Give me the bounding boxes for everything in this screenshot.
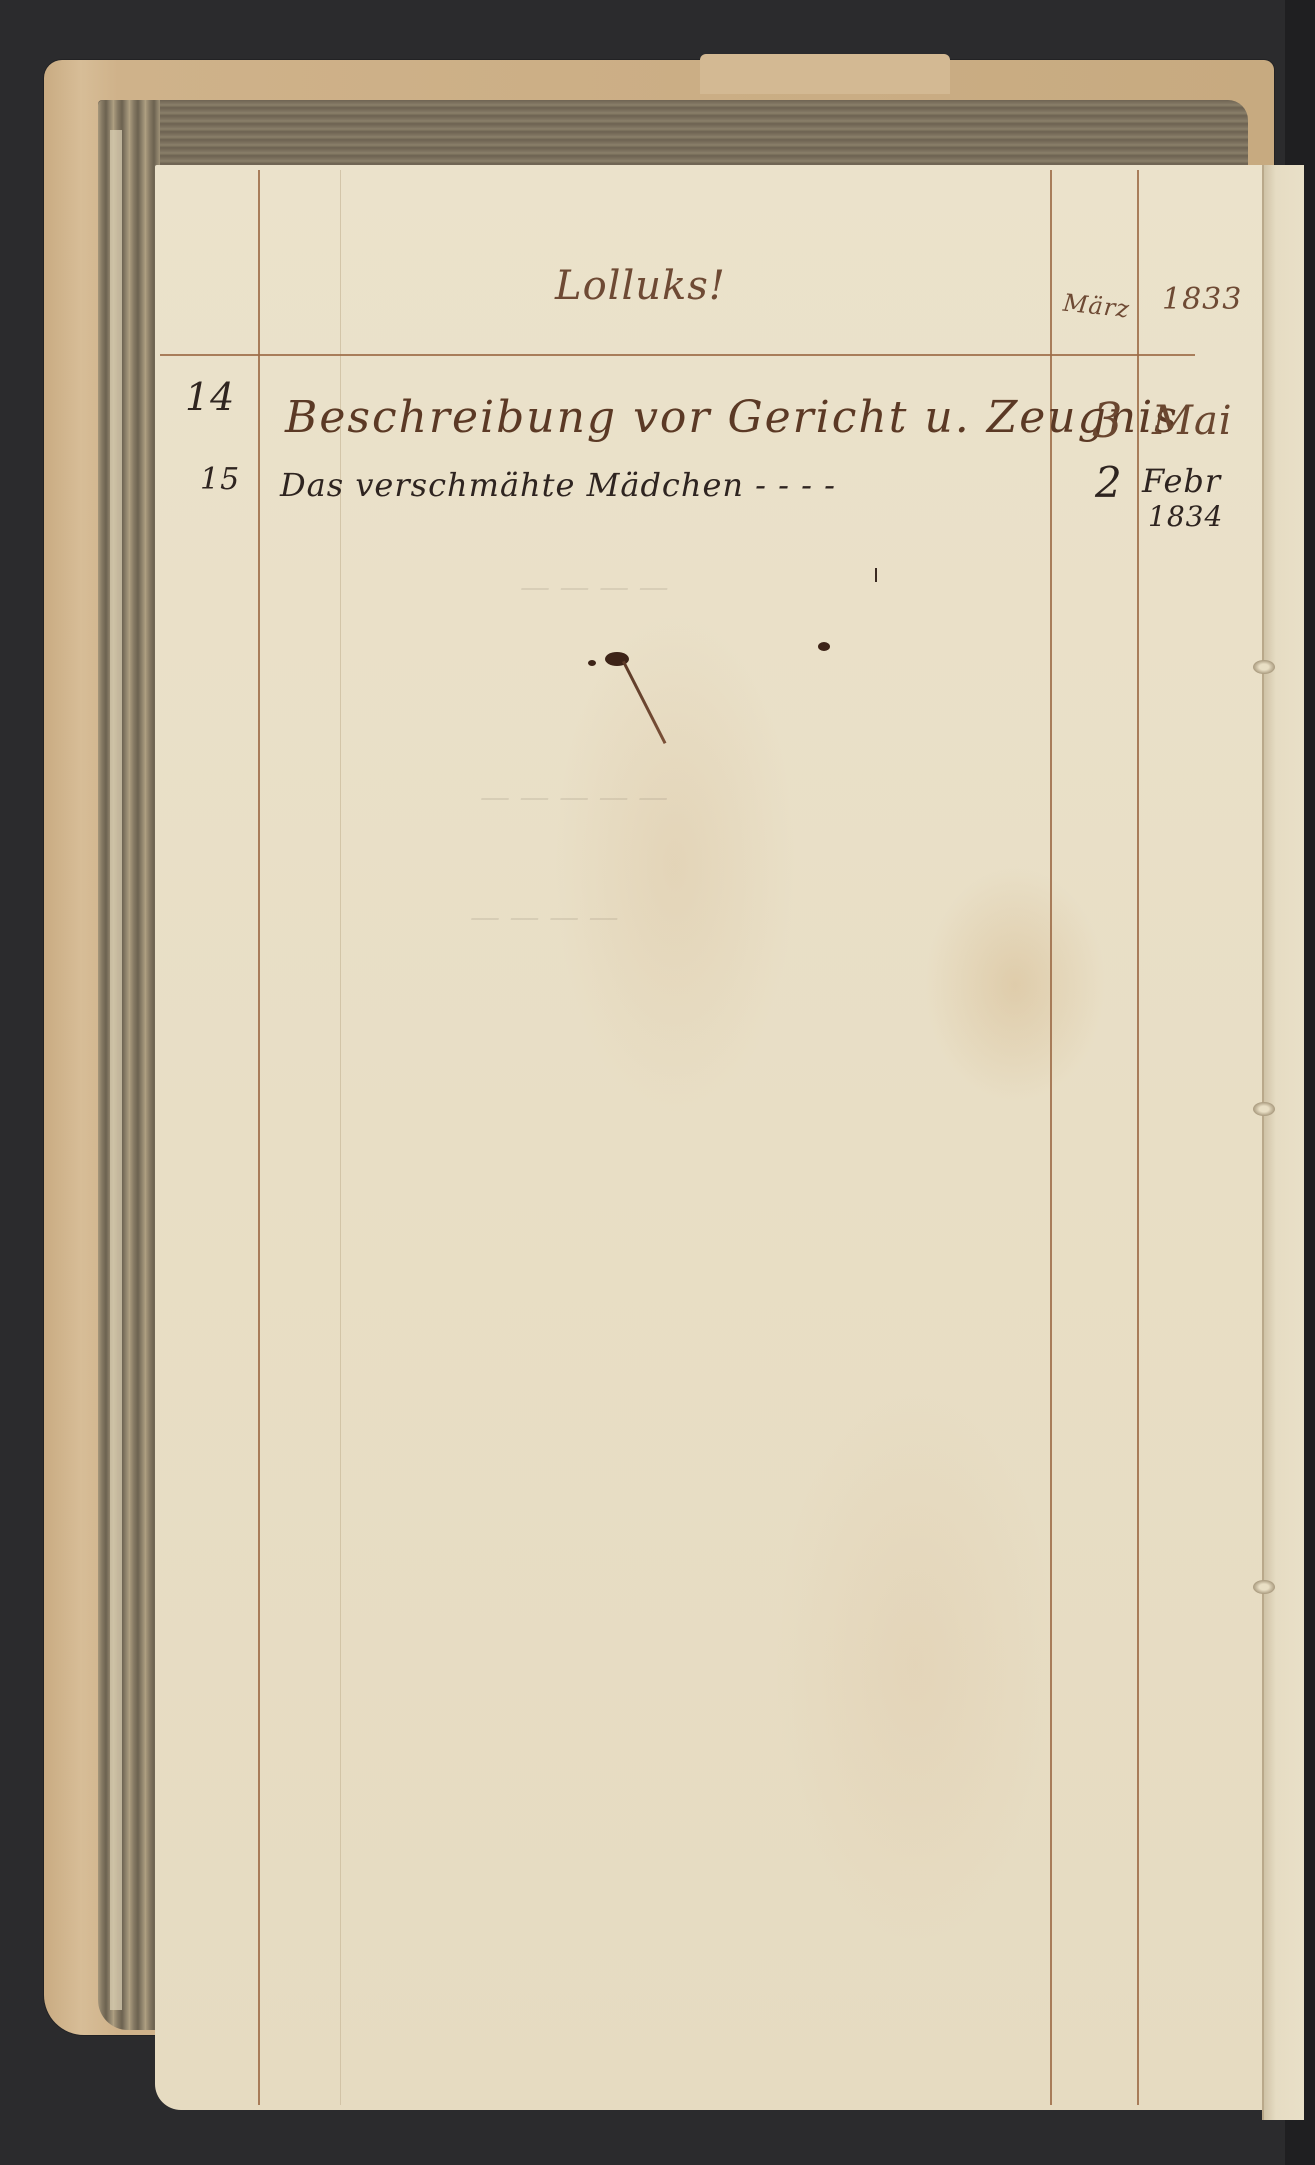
- entry-day: 2: [1095, 458, 1123, 507]
- book-cover-tab: [700, 54, 950, 94]
- entry-title: Das verschmähte Mädchen - - - -: [280, 466, 836, 504]
- header-rule: [160, 354, 1195, 356]
- page-title: Lolluks!: [555, 263, 726, 309]
- page-gutter-fold: [1262, 165, 1304, 2120]
- entry-year: 1834: [1148, 500, 1223, 533]
- binding-stitch-icon: [1253, 1102, 1275, 1116]
- entry-title: Beschreibung vor Gericht u. Zeugnis: [285, 392, 1179, 443]
- page-stack-highlight: [110, 130, 122, 2010]
- binding-stitch-icon: [1253, 660, 1275, 674]
- day-column-rule: [1050, 170, 1052, 2105]
- left-margin-rule: [258, 170, 260, 2105]
- binding-stitch-icon: [1253, 1580, 1275, 1594]
- ink-blot: [588, 660, 596, 666]
- bleed-through-text: — — — —: [470, 900, 619, 935]
- entry-month: Febr: [1142, 462, 1221, 500]
- entry-number: 14: [185, 375, 235, 419]
- bleed-through-text: — — — —: [520, 570, 669, 605]
- ink-blot: [818, 642, 830, 651]
- entry-number: 15: [200, 462, 240, 497]
- faint-rule: [340, 170, 341, 2105]
- date-header-year: 1833: [1162, 282, 1242, 317]
- page-stack-left-edge: [98, 100, 160, 2030]
- month-column-rule: [1137, 170, 1139, 2105]
- page-stack-top-edge: [98, 100, 1248, 168]
- ledger-page: [155, 165, 1270, 2110]
- bleed-through-text: — — — — —: [480, 780, 668, 815]
- entry-month: Mai: [1152, 398, 1233, 444]
- entry-day: 3: [1092, 393, 1124, 449]
- ink-tick: [875, 568, 877, 582]
